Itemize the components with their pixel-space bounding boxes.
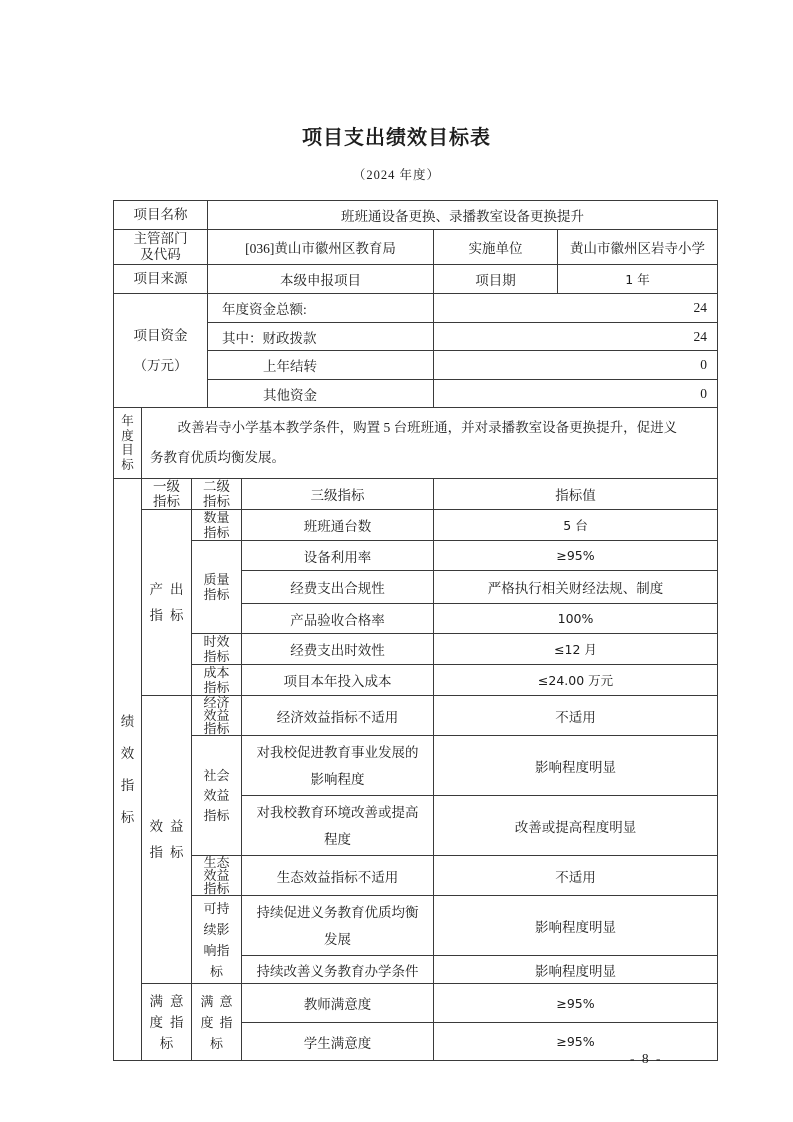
fund-item-value: 0 <box>434 380 718 408</box>
page-number: - 8 - <box>630 1051 663 1067</box>
indicator-name-cell: 生态效益指标不适用 <box>242 856 434 896</box>
indicator-name-cell: 教师满意度 <box>242 984 434 1023</box>
performance-target-table: 项目名称 班班通设备更换、录播教室设备更换提升 主管部门 及代码 [036]黄山… <box>113 200 718 1061</box>
impl-unit-value: 黄山市徽州区岩寺小学 <box>558 230 718 265</box>
header-level2: 二级 指标 <box>192 479 242 510</box>
indicator-row: 满意 度指 标 满意 度指 标 教师满意度 ≥95% <box>114 984 718 1023</box>
level2-economic-cell: 经济 效益 指标 <box>192 696 242 736</box>
header-value: 指标值 <box>434 479 718 510</box>
indicator-row: 效益 指标 经济 效益 指标 经济效益指标不适用 不适用 <box>114 696 718 736</box>
row-fund-total: 项目资金 （万元） 年度资金总额: 24 <box>114 294 718 323</box>
fund-item-value: 24 <box>434 294 718 323</box>
annual-goal-label: 年 度 目 标 <box>114 408 142 479</box>
level1-benefit-cell: 效益 指标 <box>142 696 192 984</box>
indicator-value-cell: 不适用 <box>434 696 718 736</box>
page-title: 项目支出绩效目标表 <box>0 0 793 150</box>
period-value: 1 年 <box>558 265 718 294</box>
level2-sustain-cell: 可持 续影 响指 标 <box>192 896 242 984</box>
level2-satisfaction-cell: 满意 度指 标 <box>192 984 242 1061</box>
fund-item-label: 年度资金总额: <box>208 294 434 323</box>
indicator-value-cell: 不适用 <box>434 856 718 896</box>
fund-item-label: 其中：财政拨款 <box>208 323 434 351</box>
fund-item-label: 其他资金 <box>208 380 434 408</box>
indicator-name-cell: 持续促进义务教育优质均衡 发展 <box>242 896 434 956</box>
project-name-value: 班班通设备更换、录播教室设备更换提升 <box>208 201 718 230</box>
indicator-value-cell: ≥95% <box>434 1023 718 1061</box>
indicator-value-cell: 改善或提高程度明显 <box>434 796 718 856</box>
indicator-name-cell: 经费支出时效性 <box>242 634 434 665</box>
row-indicator-header: 绩 效 指 标 一级 指标 二级 指标 三级指标 指标值 <box>114 479 718 510</box>
level2-quantity-cell: 数量 指标 <box>192 510 242 541</box>
dept-label: 主管部门 及代码 <box>114 230 208 265</box>
indicator-value-cell: 影响程度明显 <box>434 736 718 796</box>
dept-value: [036]黄山市徽州区教育局 <box>208 230 434 265</box>
row-annual-goal: 年 度 目 标 改善岩寺小学基本教学条件，购置 5 台班班通，并对录播教室设备更… <box>114 408 718 479</box>
level2-social-cell: 社会 效益 指标 <box>192 736 242 856</box>
source-value: 本级申报项目 <box>208 265 434 294</box>
indicator-name-cell: 经费支出合规性 <box>242 571 434 604</box>
indicator-value-cell: ≥95% <box>434 984 718 1023</box>
indicator-name-cell: 学生满意度 <box>242 1023 434 1061</box>
indicator-row: 质量 指标 设备利用率 ≥95% <box>114 541 718 571</box>
indicator-value-cell: 100% <box>434 604 718 634</box>
indicator-row: 产出 指标 数量 指标 班班通台数 5 台 <box>114 510 718 541</box>
page-subtitle: （2024 年度） <box>0 165 793 183</box>
header-level3: 三级指标 <box>242 479 434 510</box>
level1-output-cell: 产出 指标 <box>142 510 192 696</box>
row-dept: 主管部门 及代码 [036]黄山市徽州区教育局 实施单位 黄山市徽州区岩寺小学 <box>114 230 718 265</box>
row-project-name: 项目名称 班班通设备更换、录播教室设备更换提升 <box>114 201 718 230</box>
fund-item-label: 上年结转 <box>208 351 434 380</box>
fund-item-value: 24 <box>434 323 718 351</box>
indicator-row: 可持 续影 响指 标 持续促进义务教育优质均衡 发展 影响程度明显 <box>114 896 718 956</box>
level2-quality-cell: 质量 指标 <box>192 541 242 634</box>
indicator-name-cell: 项目本年投入成本 <box>242 665 434 696</box>
header-level1: 一级 指标 <box>142 479 192 510</box>
fund-item-value: 0 <box>434 351 718 380</box>
level2-ecological-cell: 生态 效益 指标 <box>192 856 242 896</box>
indicator-value-cell: ≤24.00 万元 <box>434 665 718 696</box>
impl-unit-label: 实施单位 <box>434 230 558 265</box>
indicator-value-cell: 5 台 <box>434 510 718 541</box>
indicator-value-cell: ≤12 月 <box>434 634 718 665</box>
indicator-value-cell: ≥95% <box>434 541 718 571</box>
indicator-name-cell: 对我校促进教育事业发展的 影响程度 <box>242 736 434 796</box>
indicator-value-cell: 影响程度明显 <box>434 896 718 956</box>
level2-cost-cell: 成本 指标 <box>192 665 242 696</box>
performance-side-label: 绩 效 指 标 <box>114 479 142 1061</box>
row-source: 项目来源 本级申报项目 项目期 1 年 <box>114 265 718 294</box>
funds-label: 项目资金 （万元） <box>114 294 208 408</box>
indicator-row: 社会 效益 指标 对我校促进教育事业发展的 影响程度 影响程度明显 <box>114 736 718 796</box>
level1-satisfaction-cell: 满意 度指 标 <box>142 984 192 1061</box>
indicator-name-cell: 设备利用率 <box>242 541 434 571</box>
indicator-name-cell: 对我校教育环境改善或提高 程度 <box>242 796 434 856</box>
document-page: 项目支出绩效目标表 （2024 年度） 项目名称 班班通设备更换、录播教室设备更… <box>0 0 793 1122</box>
indicator-name-cell: 班班通台数 <box>242 510 434 541</box>
indicator-name-cell: 产品验收合格率 <box>242 604 434 634</box>
indicator-value-cell: 严格执行相关财经法规、制度 <box>434 571 718 604</box>
indicator-row: 成本 指标 项目本年投入成本 ≤24.00 万元 <box>114 665 718 696</box>
indicator-value-cell: 影响程度明显 <box>434 956 718 984</box>
project-name-label: 项目名称 <box>114 201 208 230</box>
indicator-row: 时效 指标 经费支出时效性 ≤12 月 <box>114 634 718 665</box>
indicator-row: 生态 效益 指标 生态效益指标不适用 不适用 <box>114 856 718 896</box>
indicator-name-cell: 持续改善义务教育办学条件 <box>242 956 434 984</box>
period-label: 项目期 <box>434 265 558 294</box>
annual-goal-text: 改善岩寺小学基本教学条件，购置 5 台班班通，并对录播教室设备更换提升，促进义 … <box>142 408 718 479</box>
indicator-name-cell: 经济效益指标不适用 <box>242 696 434 736</box>
source-label: 项目来源 <box>114 265 208 294</box>
level2-timeliness-cell: 时效 指标 <box>192 634 242 665</box>
